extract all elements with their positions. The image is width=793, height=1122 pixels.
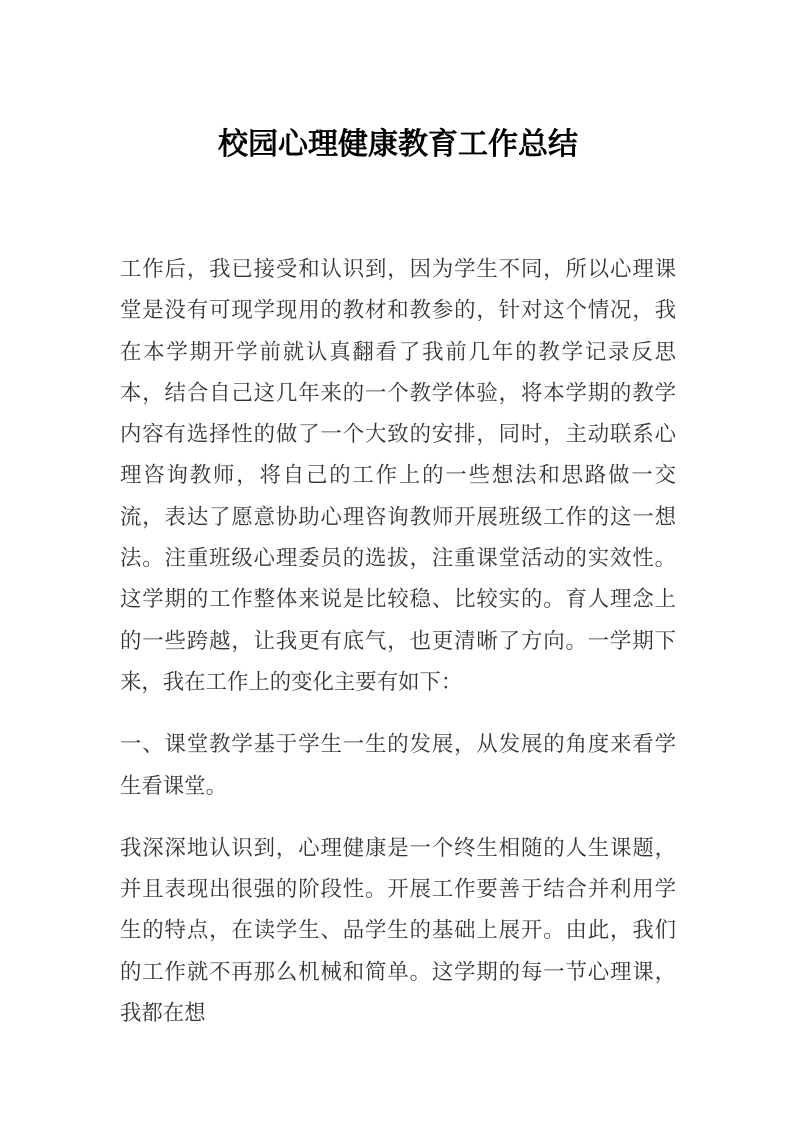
body-paragraph-1: 工作后，我已接受和认识到，因为学生不同，所以心理课堂是没有可现学现用的教材和教参…: [120, 249, 676, 703]
body-paragraph-2: 一、课堂教学基于学生一生的发展，从发展的角度来看学生看课堂。: [120, 724, 676, 807]
document-page: 校园心理健康教育工作总结 工作后，我已接受和认识到，因为学生不同，所以心理课堂是…: [0, 0, 793, 1122]
body-paragraph-3: 我深深地认识到，心理健康是一个终生相随的人生课题，并且表现出很强的阶段性。开展工…: [120, 828, 676, 1034]
document-title: 校园心理健康教育工作总结: [120, 122, 676, 168]
document-body: 工作后，我已接受和认识到，因为学生不同，所以心理课堂是没有可现学现用的教材和教参…: [120, 249, 676, 1034]
